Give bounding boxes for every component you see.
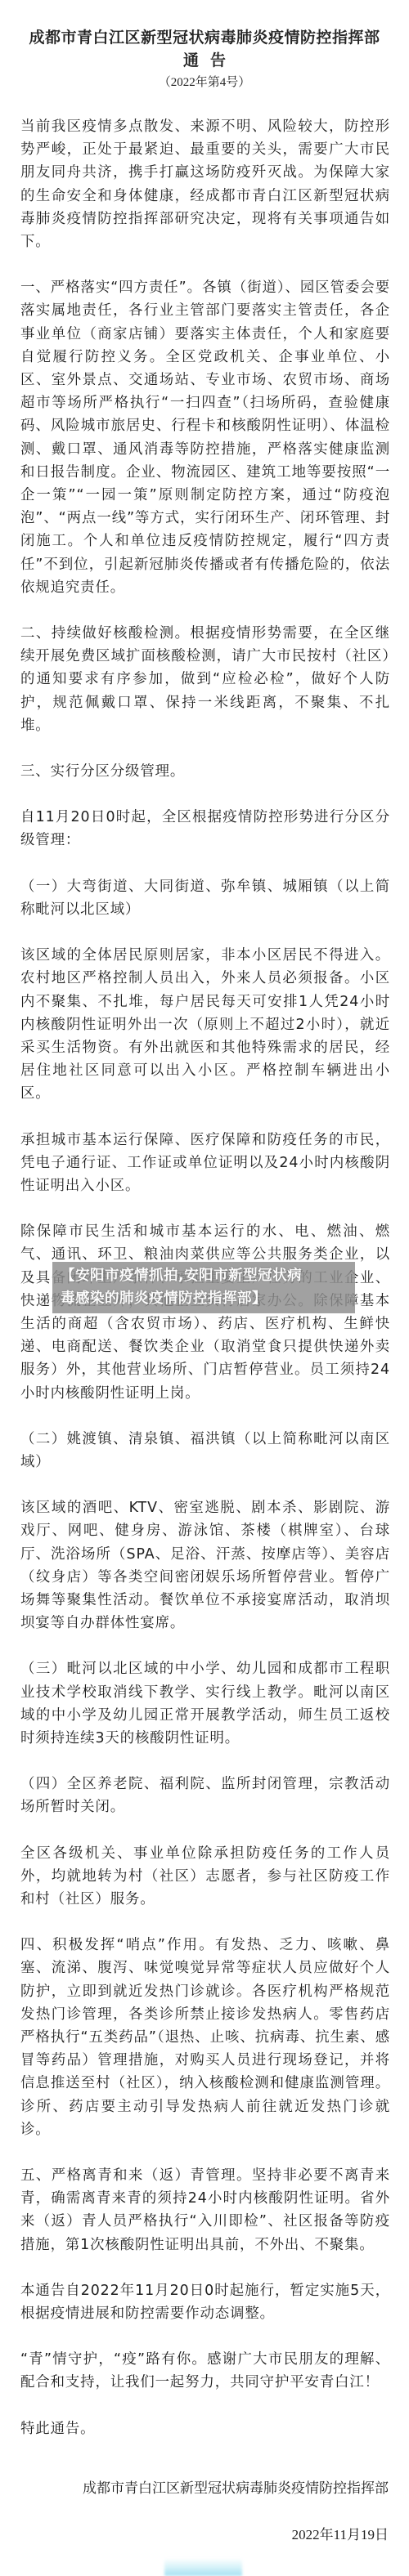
section-5-travel: 五、严格离青和来（返）青管理。坚持非必要不离青来青，确需离青来青的须持24小时内… (20, 2164, 390, 2256)
document-type: 通告 (0, 48, 409, 70)
caption-overlay: 【安阳市疫情抓拍,安阳市新型冠状病 毒感染的肺炎疫情防控指挥部】 (52, 1262, 355, 1313)
document-number: （2022年第4号） (0, 73, 409, 90)
document-title: 成都市青白江区新型冠状病毒肺炎疫情防控指挥部 (0, 25, 409, 47)
section-3-intro: 自11月20日0时起，全区根据疫情防控形势进行分区分级管理： (20, 806, 390, 852)
section-2-nucleic-testing: 二、持续做好核酸检测。根据疫情形势需要，在全区继续开展免费区域扩面核酸检测，请广… (20, 622, 390, 737)
subsection-1-workers: 承担城市基本运行保障、医疗保障和防疫任务的市民，凭电子通行证、工作证或单位证明以… (20, 1129, 390, 1198)
caption-line-1: 【安阳市疫情抓拍,安阳市新型冠状病 (61, 1264, 355, 1287)
thanks-paragraph: “青”情守护，“疫”路有你。感谢广大市民朋友的理解、配合和支持，让我们一起努力，… (20, 2348, 390, 2394)
effective-date: 本通告自2022年11月20日0时起施行，暂定实施5天，根据疫情进展和防控需要作… (20, 2279, 390, 2325)
signature-date: 2022年11月19日 (292, 2523, 389, 2543)
section-1-responsibility: 一、严格落实“四方责任”。各镇（街道）、园区管委会要落实属地责任，各行业主管部门… (20, 276, 390, 599)
staff-volunteers: 全区各级机关、事业单位除承担防疫任务的工作人员外，均就地转为村（社区）志愿者，参… (20, 1842, 390, 1912)
subsection-1-residents: 该区域的全体居民原则居家，非本小区居民不得进入。农村地区严格控制人员出入，外来人… (20, 944, 390, 1105)
subsection-2-heading: （二）姚渡镇、清泉镇、福洪镇（以上简称毗河以南区域） (20, 1428, 390, 1474)
caption-line-2: 毒感染的肺炎疫情防控指挥部】 (61, 1287, 355, 1310)
subsection-1-heading: （一）大弯街道、大同街道、弥牟镇、城厢镇（以上简称毗河以北区域） (20, 875, 390, 921)
subsection-4-institutions: （四）全区养老院、福利院、监所封闭管理，宗教活动场所暂时关闭。 (20, 1773, 390, 1818)
signature-org: 成都市青白江区新型冠状病毒肺炎疫情防控指挥部 (83, 2476, 389, 2497)
closing-line: 特此通告。 (20, 2417, 390, 2440)
section-3-heading: 三、实行分区分级管理。 (20, 760, 390, 783)
seal-image-fragment (164, 2558, 242, 2576)
subsection-3-schools: （三）毗河以北区域的中小学、幼儿园和成都市工程职业技术学校取消线下教学、实行线上… (20, 1657, 390, 1750)
section-4-sentinel: 四、积极发挥“哨点”作用。有发热、乏力、咳嗽、鼻塞、流涕、腹泻、味觉嗅觉异常等症… (20, 1934, 390, 2141)
subsection-2-venues: 该区域的酒吧、KTV、密室逃脱、剧本杀、影剧院、游戏厅、网吧、健身房、游泳馆、茶… (20, 1496, 390, 1635)
intro-paragraph: 当前我区疫情多点散发、来源不明、风险较大，防控形势严峻，正处于最紧迫、最重要的关… (20, 115, 390, 253)
